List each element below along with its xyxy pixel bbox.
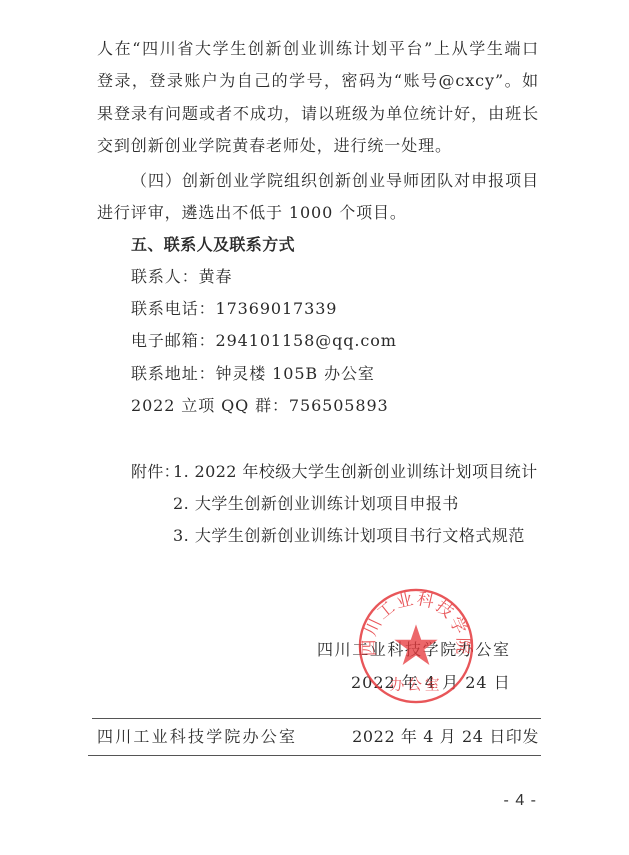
attachment-item: 1. 2022 年校级大学生创新创业训练计划项目统计 bbox=[173, 462, 538, 482]
section-heading: 五、联系人及联系方式 bbox=[131, 235, 573, 255]
contact-phone: 联系电话：17369017339 bbox=[131, 299, 573, 319]
item-four-line: 进行评审，遴选出不低于 1000 个项目。 bbox=[97, 203, 539, 223]
paragraph-line: 登录，登录账户为自己的学号，密码为“账号@cxcy”。如 bbox=[97, 71, 539, 91]
contact-person: 联系人：黄春 bbox=[131, 267, 573, 287]
attachment-item: 2. 大学生创新创业训练计划项目申报书 bbox=[173, 494, 459, 514]
footer-bottom-rule bbox=[88, 755, 541, 756]
document-page: 人在“四川省大学生创新创业训练计划平台”上从学生端口 登录，登录账户为自己的学号… bbox=[0, 0, 629, 855]
paragraph-line: 人在“四川省大学生创新创业训练计划平台”上从学生端口 bbox=[97, 39, 539, 59]
signature-organization: 四川工业科技学院办公室 bbox=[317, 640, 511, 660]
paragraph-line: 果登录有问题或者不成功，请以班级为单位统计好，由班长 bbox=[97, 104, 539, 124]
signature-date: 2022 年 4 月 24 日 bbox=[351, 673, 511, 693]
footer-issue-date: 2022 年 4 月 24 日印发 bbox=[352, 727, 539, 747]
paragraph-line: 交到创新创业学院黄春老师处，进行统一处理。 bbox=[97, 136, 539, 156]
item-four-line: （四）创新创业学院组织创新创业导师团队对申报项目 bbox=[131, 171, 539, 191]
attachment-item: 3. 大学生创新创业训练计划项目书行文格式规范 bbox=[173, 526, 525, 546]
page-number: - 4 - bbox=[504, 792, 537, 810]
footer-top-rule bbox=[92, 718, 541, 719]
footer-issuer: 四川工业科技学院办公室 bbox=[97, 727, 297, 747]
contact-email: 电子邮箱：294101158@qq.com bbox=[131, 331, 573, 351]
contact-qq-group: 2022 立项 QQ 群：756505893 bbox=[131, 396, 573, 416]
contact-address: 联系地址：钟灵楼 105B 办公室 bbox=[131, 364, 573, 384]
